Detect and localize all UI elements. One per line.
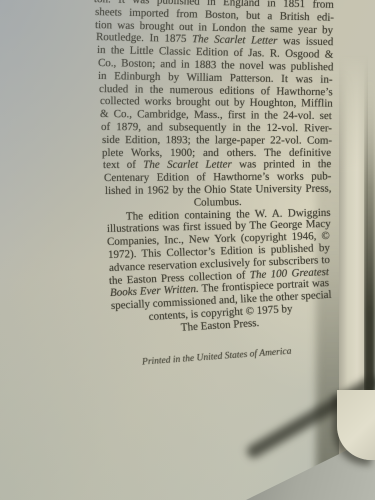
page-corner-shadow: [245, 374, 375, 460]
facing-page-corner: [337, 390, 375, 460]
book-page-photo: ton. It was published in England in 1851…: [0, 0, 375, 500]
colophon-line: side Edition, 1893; the large-paper 22-v…: [102, 134, 332, 147]
colophon-line: of 1879, and subsequently in the 12-vol.…: [101, 121, 332, 135]
colophon-text: of 1879, and subsequently in the 12-vol.…: [101, 121, 332, 134]
printed-in-usa-notice: Printed in the United States of America: [137, 345, 297, 369]
page-gap-shadow: [364, 60, 375, 480]
colophon-text: side Edition, 1893; the large-paper 22-v…: [102, 134, 332, 147]
colophon-text: was issued: [277, 35, 333, 48]
colophon-text: Columbus.: [194, 196, 242, 209]
table-surface: [246, 426, 375, 500]
book-title-italic: The Scarlet Letter: [143, 159, 232, 171]
colophon-text: plete Works, 1900; and others. The defin…: [102, 146, 331, 158]
colophon-text-block: ton. It was published in England in 1851…: [94, 0, 346, 339]
colophon-text: was printed in the: [232, 158, 332, 170]
colophon-text: text of: [103, 159, 143, 171]
colophon-text: & Co., Cambridge, Mass., first in the 24…: [100, 108, 332, 122]
